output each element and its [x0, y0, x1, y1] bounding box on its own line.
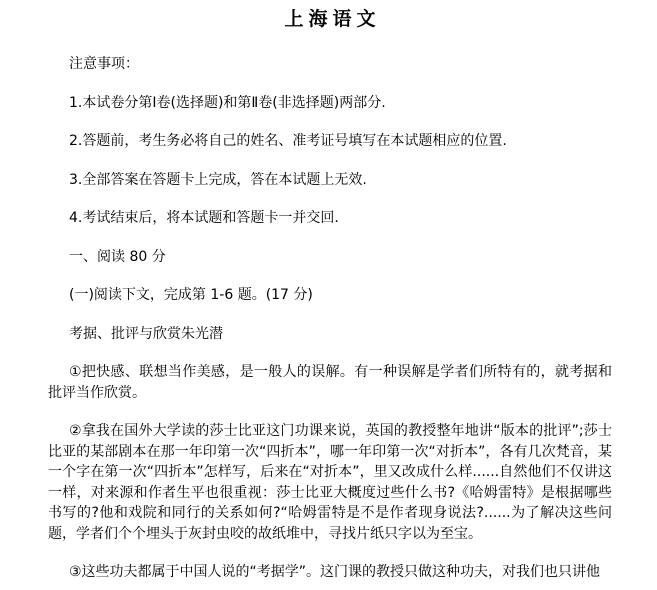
notice-item-1: 1.本试卷分第Ⅰ卷(选择题)和第Ⅱ卷(非选择题)两部分.	[48, 93, 612, 114]
essay-paragraph-1: ①把快感、联想当作美感，是一般人的误解。有一种误解是学者们所特有的，就考据和批评…	[48, 362, 612, 403]
notice-heading: 注意事项：	[48, 54, 612, 75]
document-title: 上海语文	[48, 6, 612, 32]
section-heading-reading: 一、阅读 80 分	[48, 247, 612, 268]
subsection-instruction: (一)阅读下文，完成第 1-6 题。(17 分)	[48, 285, 612, 306]
exam-document-page: 上海语文 注意事项： 1.本试卷分第Ⅰ卷(选择题)和第Ⅱ卷(非选择题)两部分. …	[0, 0, 657, 590]
notice-item-4: 4.考试结束后，将本试题和答题卡一并交回.	[48, 208, 612, 229]
notice-item-3: 3.全部答案在答题卡上完成，答在本试题上无效.	[48, 170, 612, 191]
essay-title-author: 考据、批评与欣赏朱光潜	[48, 324, 612, 345]
notice-item-2: 2.答题前，考生务必将自己的姓名、准考证号填写在本试题相应的位置.	[48, 131, 612, 152]
essay-paragraph-2: ②拿我在国外大学读的莎士比亚这门功课来说，英国的教授整年地讲“版本的批评”;莎士…	[48, 421, 612, 544]
essay-paragraph-3: ③这些功夫都属于中国人说的“考据学”。这门课的教授只做这种功夫，对我们也只讲他	[48, 562, 612, 583]
